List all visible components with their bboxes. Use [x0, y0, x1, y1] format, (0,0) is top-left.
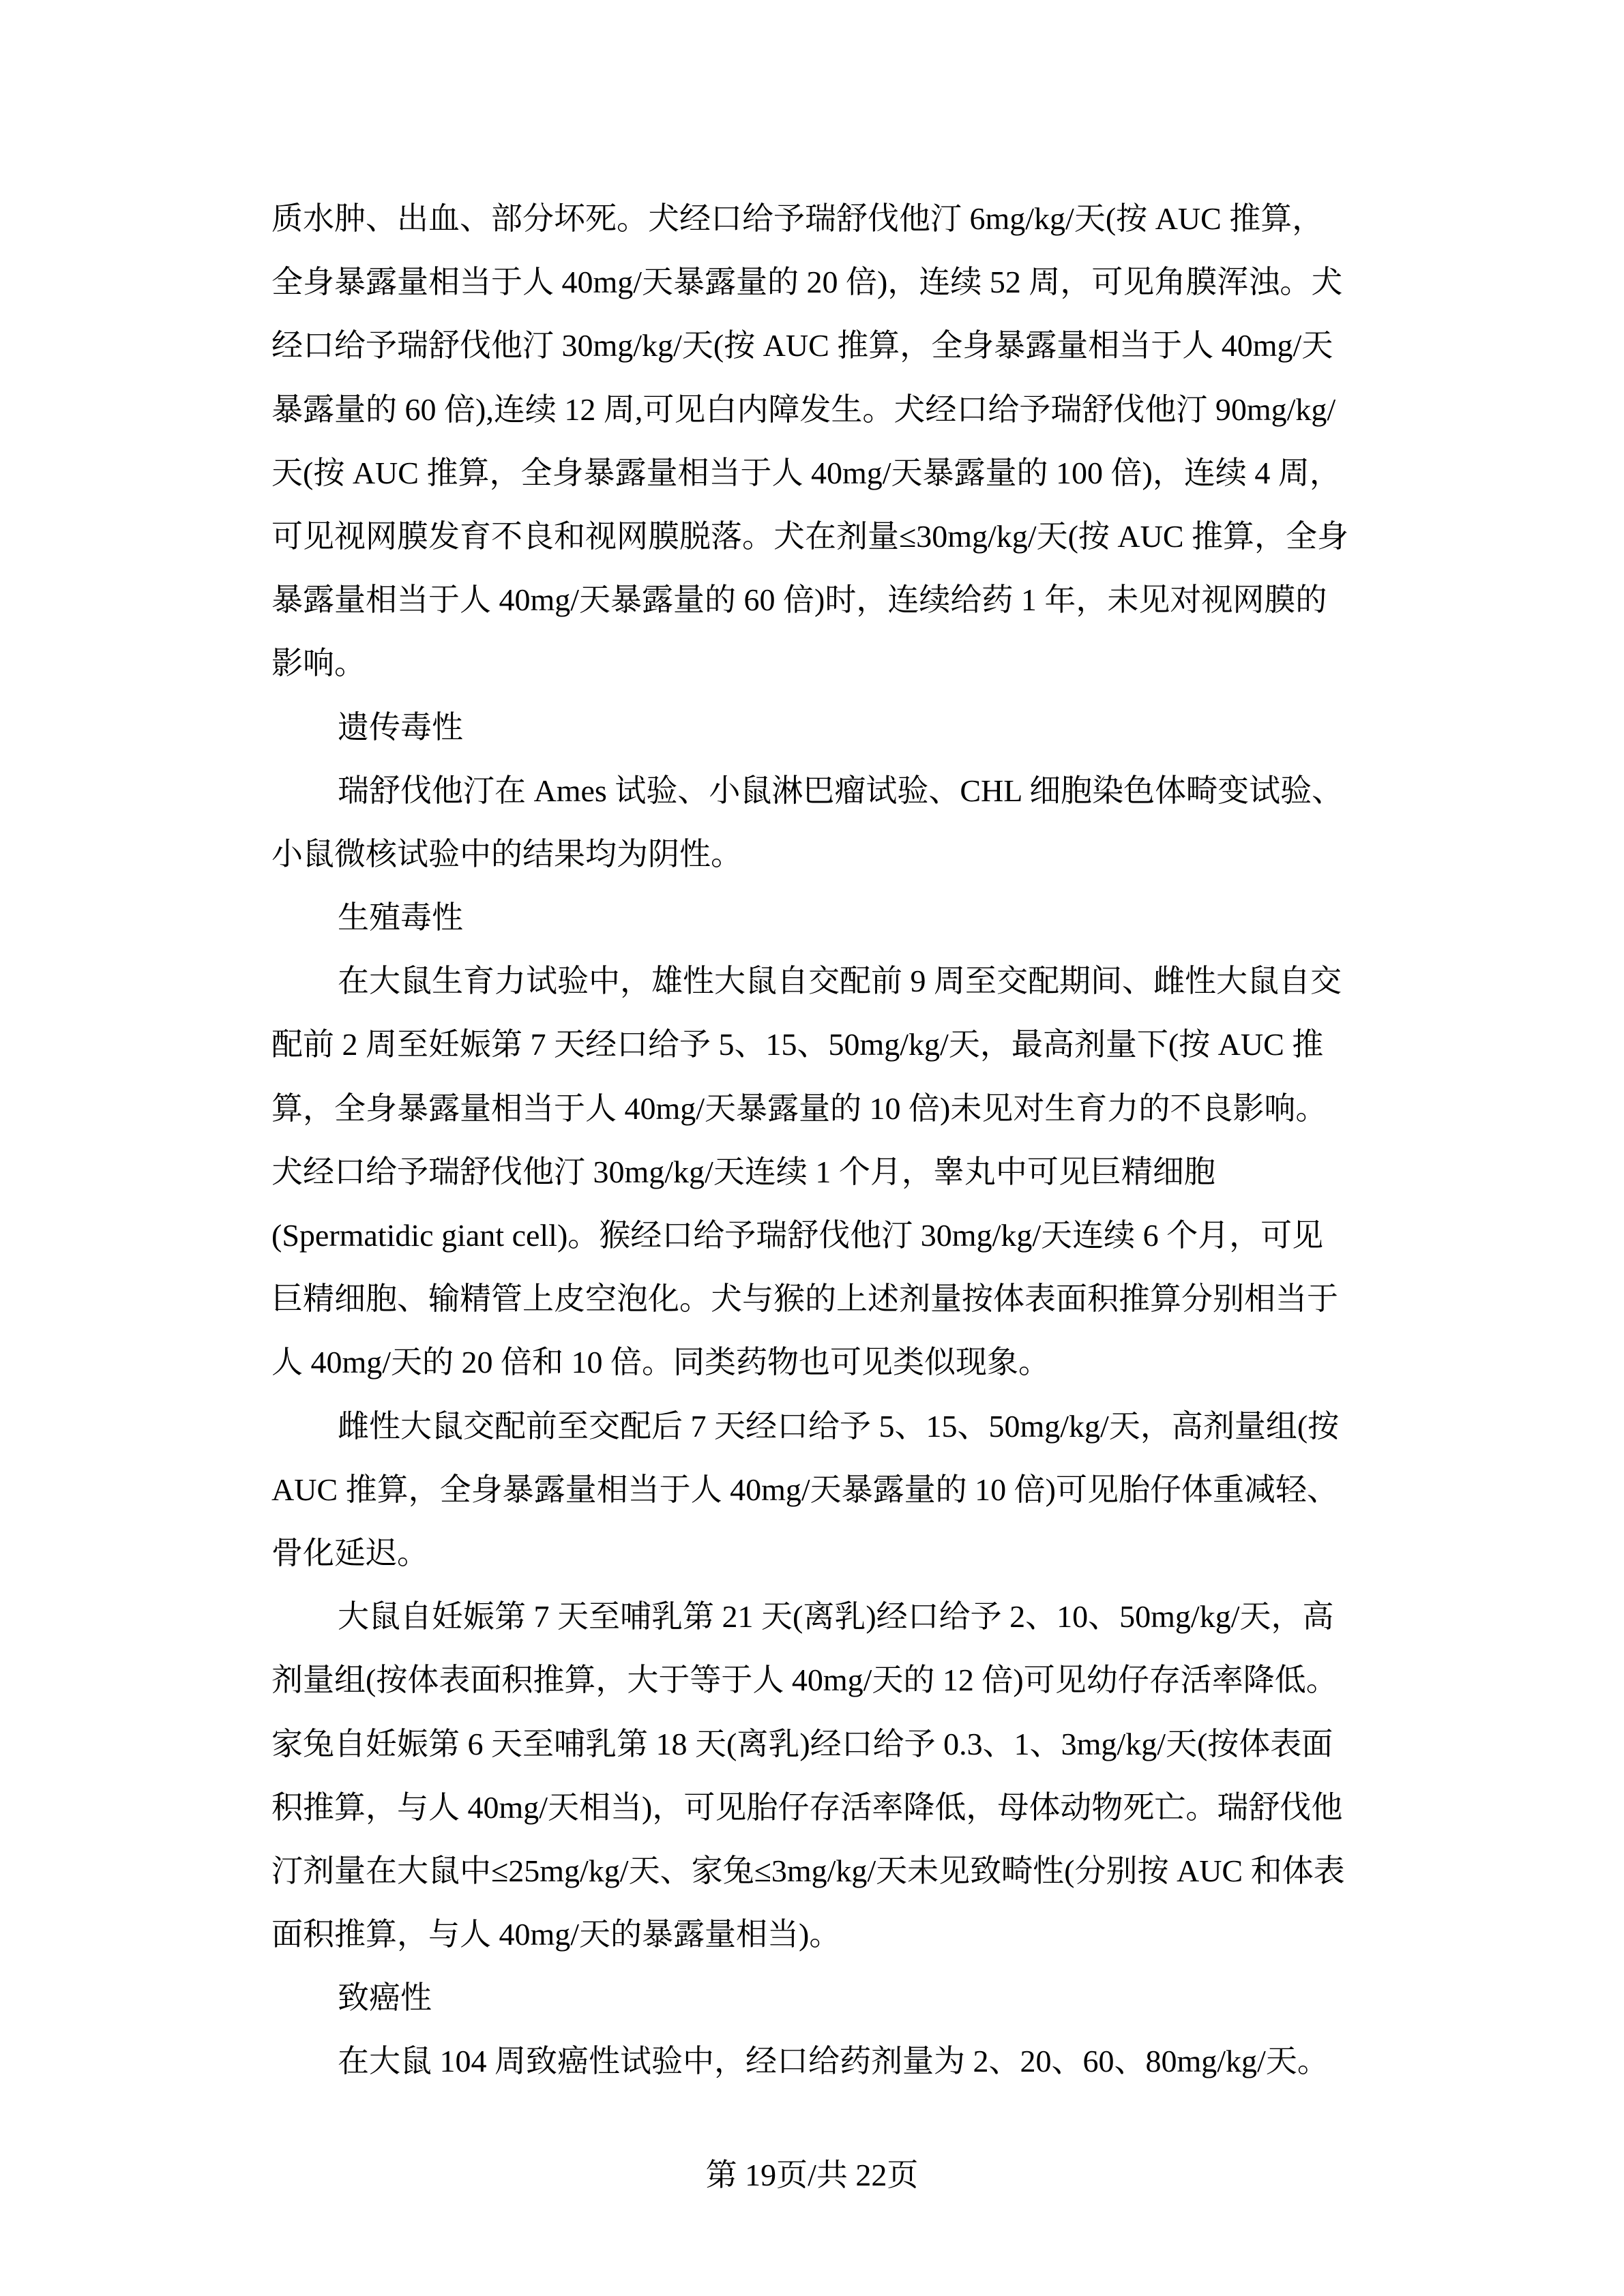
text-line: 面积推算，与人 40mg/天的暴露量相当)。 [271, 1903, 1376, 1966]
text-line: 全身暴露量相当于人 40mg/天暴露量的 20 倍)，连续 52 周，可见角膜浑… [271, 250, 1376, 314]
section-heading-carcinogenicity: 致癌性 [271, 1966, 1376, 2029]
text-line: 在大鼠 104 周致癌性试验中，经口给药剂量为 2、20、60、80mg/kg/… [271, 2029, 1376, 2093]
text-line: 天(按 AUC 推算，全身暴露量相当于人 40mg/天暴露量的 100 倍)，连… [271, 441, 1376, 505]
text-line: 瑞舒伐他汀在 Ames 试验、小鼠淋巴瘤试验、CHL 细胞染色体畸变试验、 [271, 759, 1376, 822]
text-line: 配前 2 周至妊娠第 7 天经口给予 5、15、50mg/kg/天，最高剂量下(… [271, 1013, 1376, 1076]
text-line: 雌性大鼠交配前至交配后 7 天经口给予 5、15、50mg/kg/天，高剂量组(… [271, 1395, 1376, 1458]
text-line: 汀剂量在大鼠中≤25mg/kg/天、家兔≤3mg/kg/天未见致畸性(分别按 A… [271, 1839, 1376, 1903]
text-line: 算，全身暴露量相当于人 40mg/天暴露量的 10 倍)未见对生育力的不良影响。 [271, 1077, 1376, 1140]
text-line: 暴露量的 60 倍),连续 12 周,可见白内障发生。犬经口给予瑞舒伐他汀 90… [271, 378, 1376, 441]
text-line: 暴露量相当于人 40mg/天暴露量的 60 倍)时，连续给药 1 年，未见对视网… [271, 568, 1376, 631]
text-line: 小鼠微核试验中的结果均为阴性。 [271, 822, 1376, 886]
text-line: 在大鼠生育力试验中，雄性大鼠自交配前 9 周至交配期间、雌性大鼠自交 [271, 949, 1376, 1013]
text-line: 人 40mg/天的 20 倍和 10 倍。同类药物也可见类似现象。 [271, 1330, 1376, 1394]
section-heading-reproductive-toxicity: 生殖毒性 [271, 886, 1376, 949]
text-line: AUC 推算，全身暴露量相当于人 40mg/天暴露量的 10 倍)可见胎仔体重减… [271, 1458, 1376, 1521]
text-line: (Spermatidic giant cell)。猴经口给予瑞舒伐他汀 30mg… [271, 1204, 1376, 1267]
text-line: 剂量组(按体表面积推算，大于等于人 40mg/天的 12 倍)可见幼仔存活率降低… [271, 1648, 1376, 1712]
text-line: 积推算，与人 40mg/天相当)，可见胎仔存活率降低，母体动物死亡。瑞舒伐他 [271, 1776, 1376, 1839]
text-line: 经口给予瑞舒伐他汀 30mg/kg/天(按 AUC 推算，全身暴露量相当于人 4… [271, 314, 1376, 377]
text-line: 骨化延迟。 [271, 1521, 1376, 1585]
page-number-footer: 第 19页/共 22页 [0, 2155, 1624, 2196]
text-line: 犬经口给予瑞舒伐他汀 30mg/kg/天连续 1 个月，睾丸中可见巨精细胞 [271, 1140, 1376, 1204]
text-line: 巨精细胞、输精管上皮空泡化。犬与猴的上述剂量按体表面积推算分别相当于 [271, 1267, 1376, 1330]
text-line: 质水肿、出血、部分坏死。犬经口给予瑞舒伐他汀 6mg/kg/天(按 AUC 推算… [271, 187, 1376, 250]
text-line: 影响。 [271, 631, 1376, 695]
text-line: 可见视网膜发育不良和视网膜脱落。犬在剂量≤30mg/kg/天(按 AUC 推算，… [271, 505, 1376, 568]
text-line: 大鼠自妊娠第 7 天至哺乳第 21 天(离乳)经口给予 2、10、50mg/kg… [271, 1585, 1376, 1648]
document-page: 质水肿、出血、部分坏死。犬经口给予瑞舒伐他汀 6mg/kg/天(按 AUC 推算… [0, 0, 1624, 2296]
text-line: 家兔自妊娠第 6 天至哺乳第 18 天(离乳)经口给予 0.3、1、3mg/kg… [271, 1712, 1376, 1776]
section-heading-genotoxicity: 遗传毒性 [271, 696, 1376, 759]
document-body: 质水肿、出血、部分坏死。犬经口给予瑞舒伐他汀 6mg/kg/天(按 AUC 推算… [271, 187, 1376, 2093]
